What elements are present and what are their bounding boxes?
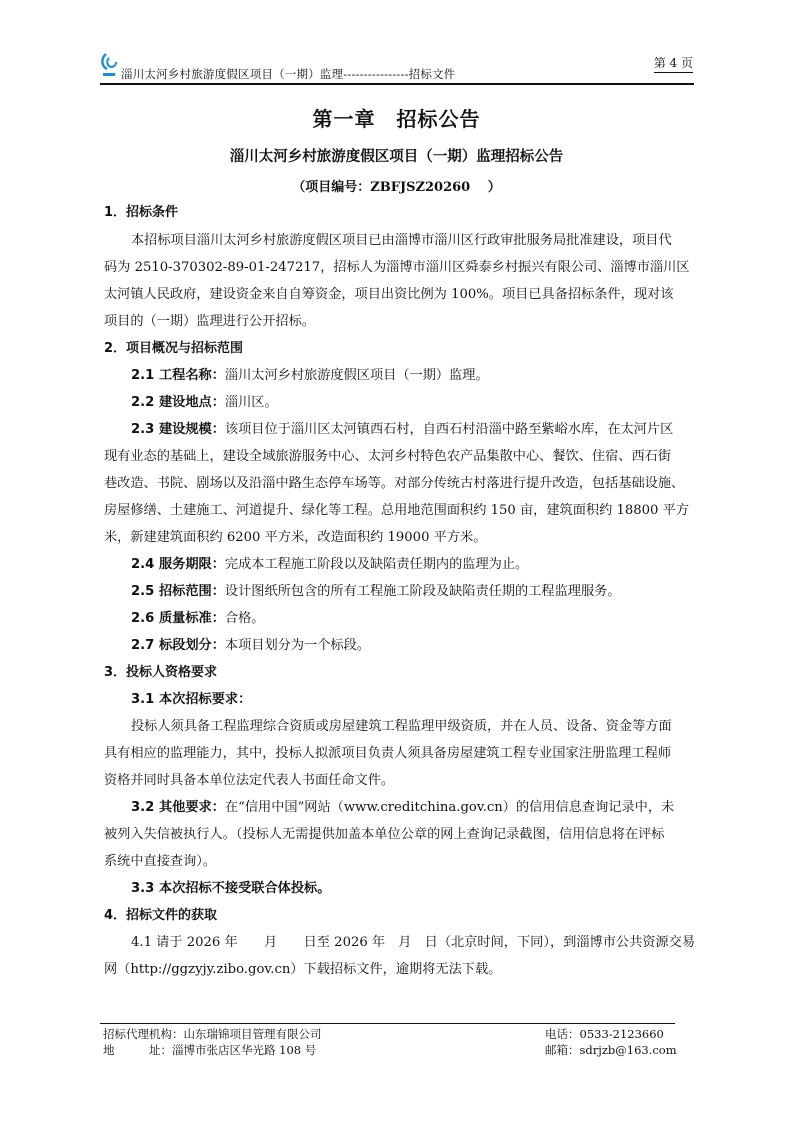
requirement-3-2: 3.2 其他要求：在“信用中国”网站（www.creditchina.gov.c…	[131, 796, 674, 815]
item-text: 该项目位于淄川区太河镇西石村，自西石村沿淄中路至紫峪水库，在太河片区	[225, 422, 673, 437]
paragraph-line: 房屋修缮、土建施工、河道提升、绿化等工程。总用地范围面积约 150 亩，建筑面积…	[104, 499, 689, 518]
item-label: 2.1 工程名称：	[131, 368, 225, 383]
item-text: 完成本工程施工阶段以及缺陷责任期内的监理为止。	[225, 557, 528, 572]
item-2-7: 2.7 标段划分：本项目划分为一个标段。	[131, 634, 370, 653]
agency-phone: 电话：0533-2123660	[545, 1026, 664, 1042]
water-wave-logo-icon	[100, 52, 120, 78]
document-page: 淄川太河乡村旅游度假区项目（一期）监理----------------招标文件 …	[0, 0, 793, 1122]
page-header: 淄川太河乡村旅游度假区项目（一期）监理----------------招标文件 …	[100, 52, 693, 82]
paragraph-line: 本招标项目淄川太河乡村旅游度假区项目已由淄博市淄川区行政审批服务局批准建设，项目…	[131, 229, 672, 248]
paragraph-line: 被列入失信被执行人。（投标人无需提供加盖本单位公章的网上查询记录截图，信用信息将…	[104, 823, 664, 842]
item-text: 淄川太河乡村旅游度假区项目（一期）监理。	[225, 368, 489, 383]
section-heading: 2．项目概况与招标范围	[104, 337, 243, 356]
paragraph-line: 米，新建建筑面积约 6200 平方米，改造面积约 19000 平方米。	[104, 526, 486, 545]
paragraph-line: 网（http://ggzyjy.zibo.gov.cn）下载招标文件，逾期将无法…	[104, 958, 501, 977]
paragraph-line: 资格并同时具备本单位法定代表人书面任命文件。	[104, 769, 394, 788]
item-2-4: 2.4 服务期限：完成本工程施工阶段以及缺陷责任期内的监理为止。	[131, 553, 528, 572]
paragraph-line: 巷改造、书院、剧场以及沿淄中路生态停车场等。对部分传统古村落进行提升改造，包括基…	[104, 472, 684, 491]
agency-name: 招标代理机构：山东瑞锦项目管理有限公司	[103, 1026, 322, 1042]
requirement-label: 3.1 本次招标要求：	[131, 688, 251, 707]
paragraph-line: 投标人须具备工程监理综合资质或房屋建筑工程监理甲级资质，并在人员、设备、资金等方…	[131, 715, 672, 734]
paragraph-line: 具有相应的监理能力，其中，投标人拟派项目负责人须具备房屋建筑工程专业国家注册监理…	[104, 742, 671, 761]
section-heading: 4．招标文件的获取	[104, 904, 217, 923]
item-label: 2.6 质量标准：	[131, 611, 225, 626]
item-label: 2.4 服务期限：	[131, 557, 225, 572]
item-label: 2.5 招标范围：	[131, 584, 225, 599]
item-label: 3.2 其他要求：	[131, 800, 225, 815]
item-2-6: 2.6 质量标准：合格。	[131, 607, 264, 626]
project-number: （项目编号：ZBFJSZ20260 ）	[0, 176, 793, 195]
requirement-3-3: 3.3 本次招标不接受联合体投标。	[131, 877, 330, 896]
item-text: 设计图纸所包含的所有工程施工阶段及缺陷责任期的工程监理服务。	[225, 584, 621, 599]
agency-address: 地 址：淄博市张店区华光路 108 号	[103, 1042, 316, 1058]
header-divider	[100, 83, 694, 85]
footer-divider	[100, 1023, 675, 1024]
item-2-3: 2.3 建设规模：该项目位于淄川区太河镇西石村，自西石村沿淄中路至紫峪水库，在太…	[131, 418, 673, 437]
item-label: 2.7 标段划分：	[131, 638, 225, 653]
item-text: 在“信用中国”网站（www.creditchina.gov.cn）的信用信息查询…	[225, 800, 674, 815]
item-2-2: 2.2 建设地点：淄川区。	[131, 391, 278, 410]
header-title: 淄川太河乡村旅游度假区项目（一期）监理----------------招标文件	[121, 66, 455, 82]
announcement-title: 淄川太河乡村旅游度假区项目（一期）监理招标公告	[0, 145, 793, 166]
paragraph-line: 码为 2510-370302-89-01-247217，招标人为淄博市淄川区舜泰…	[104, 256, 689, 275]
chapter-title: 第一章 招标公告	[0, 103, 793, 132]
paragraph-line: 太河镇人民政府，建设资金来自自筹资金，项目出资比例为 100%。项目已具备招标条…	[104, 283, 673, 302]
section-heading: 3．投标人资格要求	[104, 661, 217, 680]
item-label: 2.3 建设规模：	[131, 422, 225, 437]
section-heading: 1．招标条件	[104, 201, 178, 220]
paragraph-line: 4.1 请于 2026 年 月 日至 2026 年 月 日（北京时间，下同），到…	[131, 931, 695, 950]
paragraph-line: 现有业态的基础上，建设全域旅游服务中心、太河乡村特色农产品集散中心、餐饮、住宿、…	[104, 445, 671, 464]
paragraph-line: 项目的（一期）监理进行公开招标。	[104, 310, 315, 329]
page-number: 第 4 页	[654, 54, 693, 73]
paragraph-line: 系统中直接查询）。	[104, 850, 216, 869]
item-text: 合格。	[225, 611, 265, 626]
item-text: 本项目划分为一个标段。	[225, 638, 370, 653]
agency-email: 邮箱：sdrjzb@163.com	[545, 1042, 677, 1058]
item-label: 2.2 建设地点：	[131, 395, 225, 410]
item-text: 淄川区。	[225, 395, 278, 410]
item-2-5: 2.5 招标范围：设计图纸所包含的所有工程施工阶段及缺陷责任期的工程监理服务。	[131, 580, 621, 599]
item-2-1: 2.1 工程名称：淄川太河乡村旅游度假区项目（一期）监理。	[131, 364, 489, 383]
